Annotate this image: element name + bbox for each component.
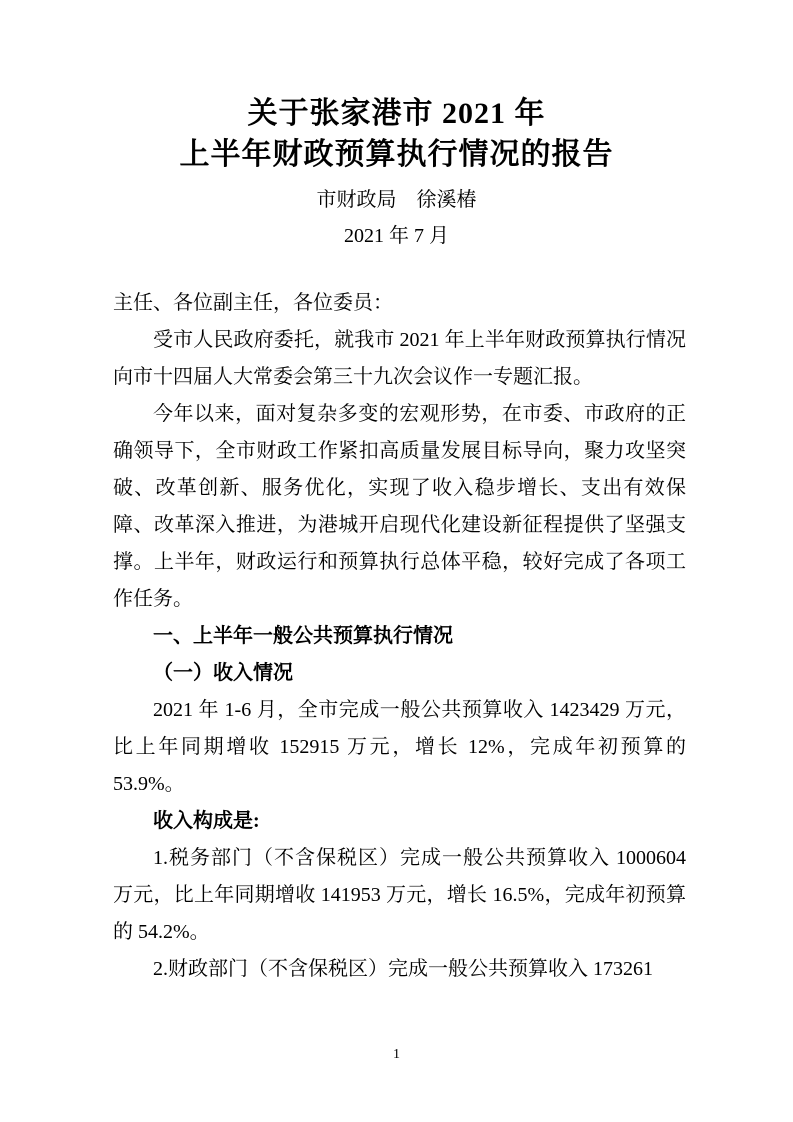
paragraph-income-total: 2021 年 1-6 月，全市完成一般公共预算收入 1423429 万元，比上年…	[113, 692, 686, 803]
section-heading-budget-execution: 一、上半年一般公共预算执行情况	[113, 618, 686, 655]
subsection-heading-income: （一）收入情况	[113, 655, 686, 692]
page-number: 1	[0, 1048, 793, 1062]
document-body: 主任、各位副主任，各位委员： 受市人民政府委托，就我市 2021 年上半年财政预…	[113, 285, 686, 988]
document-page: 关于张家港市 2021 年 上半年财政预算执行情况的报告 市财政局 徐溪椿 20…	[0, 0, 793, 1122]
byline-author: 市财政局 徐溪椿	[0, 187, 793, 213]
document-title: 关于张家港市 2021 年 上半年财政预算执行情况的报告	[0, 0, 793, 175]
salutation: 主任、各位副主任，各位委员：	[113, 285, 686, 322]
paragraph-tax-department: 1.税务部门（不含保税区）完成一般公共预算收入 1000604 万元，比上年同期…	[113, 840, 686, 951]
date-line: 2021 年 7 月	[0, 223, 793, 249]
title-line-2: 上半年财政预算执行情况的报告	[180, 138, 614, 171]
heading-income-composition: 收入构成是:	[113, 803, 686, 840]
title-line-1: 关于张家港市 2021 年	[248, 97, 546, 130]
paragraph-overview: 今年以来，面对复杂多变的宏观形势，在市委、市政府的正确领导下，全市财政工作紧扣高…	[113, 396, 686, 618]
paragraph-finance-department: 2.财政部门（不含保税区）完成一般公共预算收入 173261	[113, 951, 686, 988]
paragraph-intro: 受市人民政府委托，就我市 2021 年上半年财政预算执行情况向市十四届人大常委会…	[113, 322, 686, 396]
